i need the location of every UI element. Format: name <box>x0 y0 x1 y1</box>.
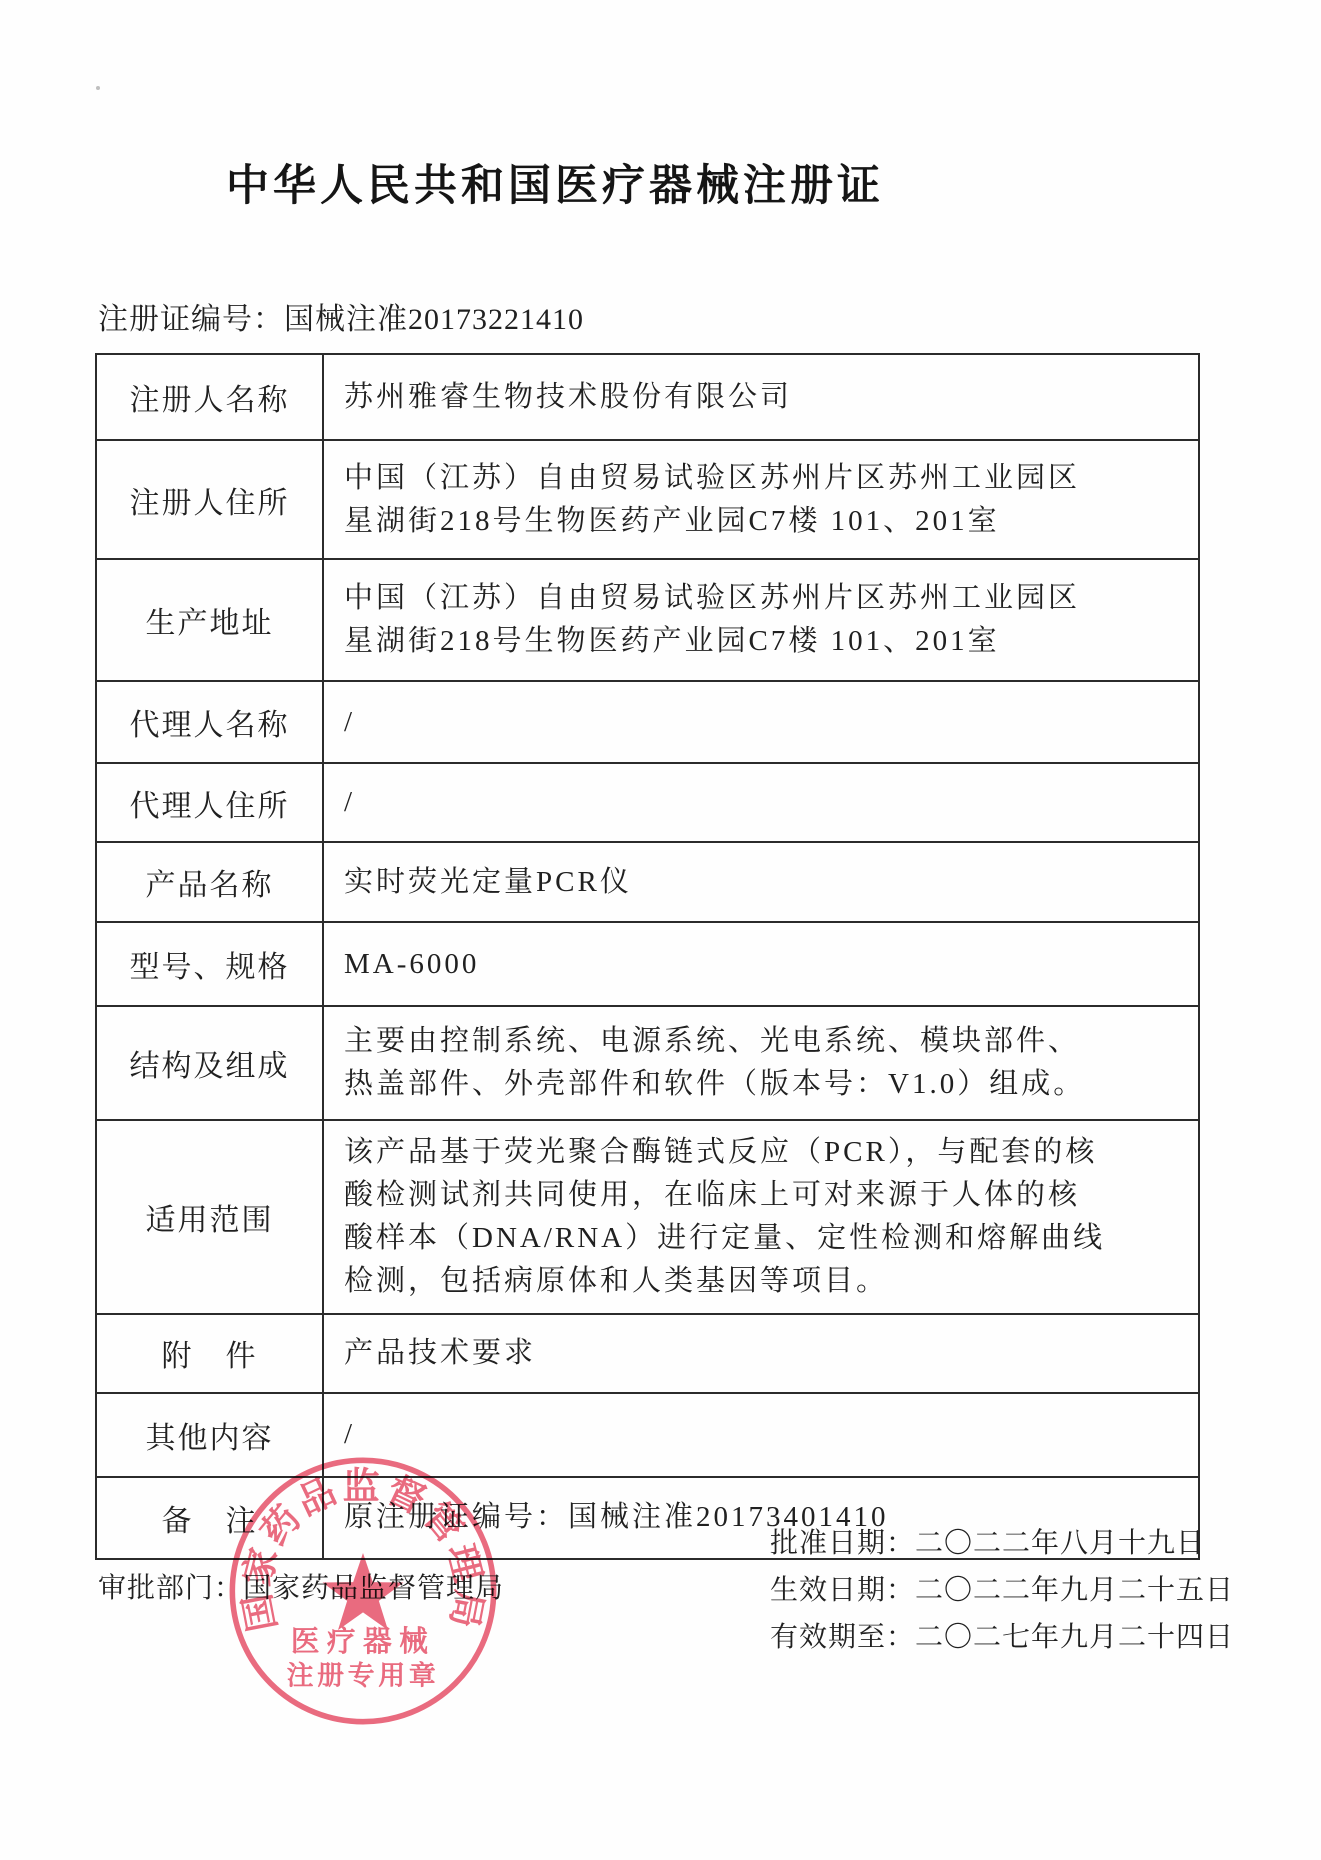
row-value: / <box>324 1394 1198 1476</box>
row-label: 代理人住所 <box>97 764 324 841</box>
row-value: 该产品基于荧光聚合酶链式反应（PCR），与配套的核酸检测试剂共同使用，在临床上可… <box>324 1121 1198 1313</box>
row-value: / <box>324 682 1198 762</box>
certificate-table: 注册人名称 苏州雅睿生物技术股份有限公司 注册人住所 中国（江苏）自由贸易试验区… <box>95 353 1200 1560</box>
approval-date-value: 二〇二二年八月十九日 <box>915 1528 1205 1559</box>
effective-date-line: 生效日期：二〇二二年九月二十五日 <box>770 1567 1234 1614</box>
row-value: 苏州雅睿生物技术股份有限公司 <box>324 355 1198 439</box>
effective-date-label: 生效日期： <box>770 1575 915 1606</box>
scan-artifact-dot <box>96 86 100 90</box>
table-row: 适用范围 该产品基于荧光聚合酶链式反应（PCR），与配套的核酸检测试剂共同使用，… <box>97 1119 1198 1313</box>
table-row: 型号、规格 MA-6000 <box>97 921 1198 1005</box>
row-label: 注册人名称 <box>97 355 324 439</box>
expiry-date-value: 二〇二七年九月二十四日 <box>915 1622 1234 1653</box>
approval-department-value: 国家药品监督管理局 <box>243 1573 504 1604</box>
row-value: MA-6000 <box>324 923 1198 1005</box>
certificate-page: 中华人民共和国医疗器械注册证 注册证编号：国械注准20173221410 注册人… <box>0 0 1321 1860</box>
seal-line2: 注册专用章 <box>287 1660 440 1691</box>
table-row: 注册人住所 中国（江苏）自由贸易试验区苏州片区苏州工业园区星湖街218号生物医药… <box>97 439 1198 558</box>
approval-department-label: 审批部门： <box>98 1573 243 1604</box>
page-title: 中华人民共和国医疗器械注册证 <box>80 152 1030 213</box>
row-label: 附 件 <box>97 1315 324 1392</box>
date-block: 批准日期：二〇二二年八月十九日 生效日期：二〇二二年九月二十五日 有效期至：二〇… <box>770 1520 1234 1661</box>
row-label: 适用范围 <box>97 1121 324 1313</box>
row-value: / <box>324 764 1198 841</box>
row-label: 生产地址 <box>97 560 324 680</box>
row-label: 型号、规格 <box>97 923 324 1005</box>
row-value: 中国（江苏）自由贸易试验区苏州片区苏州工业园区星湖街218号生物医药产业园C7楼… <box>324 441 1198 558</box>
table-row: 产品名称 实时荧光定量PCR仪 <box>97 841 1198 921</box>
row-label: 其他内容 <box>97 1394 324 1476</box>
table-row: 结构及组成 主要由控制系统、电源系统、光电系统、模块部件、热盖部件、外壳部件和软… <box>97 1005 1198 1119</box>
approval-department-line: 审批部门：国家药品监督管理局 <box>98 1566 504 1606</box>
row-label: 结构及组成 <box>97 1007 324 1119</box>
row-value: 主要由控制系统、电源系统、光电系统、模块部件、热盖部件、外壳部件和软件（版本号：… <box>324 1007 1198 1119</box>
row-label: 注册人住所 <box>97 441 324 558</box>
table-row: 代理人住所 / <box>97 762 1198 841</box>
row-value: 实时荧光定量PCR仪 <box>324 843 1198 921</box>
expiry-date-line: 有效期至：二〇二七年九月二十四日 <box>770 1614 1234 1661</box>
table-row: 其他内容 / <box>97 1392 1198 1476</box>
registration-number: 注册证编号：国械注准20173221410 <box>98 294 584 338</box>
seal-line1: 医疗器械 <box>291 1626 436 1658</box>
table-row: 注册人名称 苏州雅睿生物技术股份有限公司 <box>97 355 1198 439</box>
row-value: 产品技术要求 <box>324 1315 1198 1392</box>
row-label: 备 注 <box>97 1478 324 1558</box>
expiry-date-label: 有效期至： <box>770 1622 915 1653</box>
table-row: 附 件 产品技术要求 <box>97 1313 1198 1392</box>
row-value: 中国（江苏）自由贸易试验区苏州片区苏州工业园区星湖街218号生物医药产业园C7楼… <box>324 560 1198 680</box>
approval-date-label: 批准日期： <box>770 1528 915 1559</box>
table-row: 生产地址 中国（江苏）自由贸易试验区苏州片区苏州工业园区星湖街218号生物医药产… <box>97 558 1198 680</box>
table-row: 代理人名称 / <box>97 680 1198 762</box>
effective-date-value: 二〇二二年九月二十五日 <box>915 1575 1234 1606</box>
row-label: 代理人名称 <box>97 682 324 762</box>
approval-date-line: 批准日期：二〇二二年八月十九日 <box>770 1520 1234 1567</box>
row-label: 产品名称 <box>97 843 324 921</box>
